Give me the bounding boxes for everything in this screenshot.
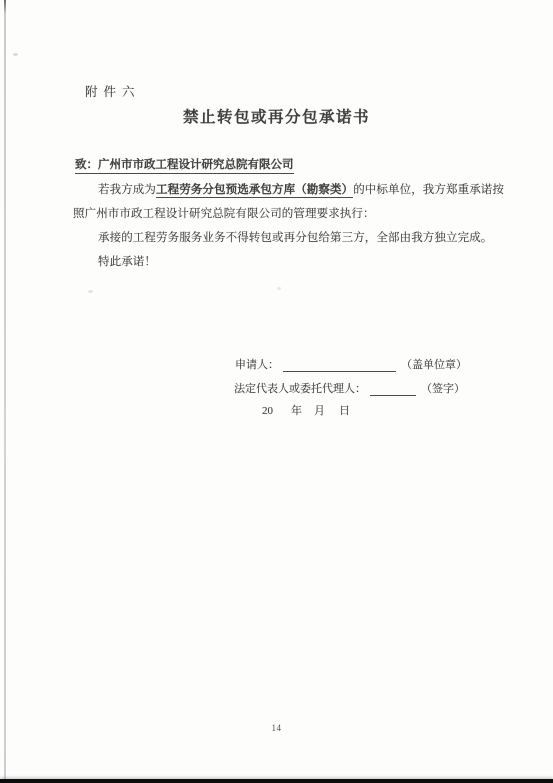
scan-bottom-bar <box>0 779 553 783</box>
applicant-row: 申请人：（盖单位章） <box>235 356 467 372</box>
date-row: 20年月日 <box>262 402 350 418</box>
legal-rep-signature-field <box>370 383 416 396</box>
document-page: 附件六 禁止转包或再分包承诺书 致：广州市市政工程设计研究总院有限公司 若我方成… <box>0 0 553 783</box>
body-line-1-post: 的中标单位，我方郑重承诺按 <box>353 184 504 196</box>
body-line-1: 若我方成为工程劳务分包预选承包方库（勘察类）的中标单位，我方郑重承诺按 <box>75 181 504 197</box>
applicant-seal-note: （盖单位章） <box>401 359 467 371</box>
date-month-label: 月 <box>314 405 325 417</box>
page-number: 14 <box>0 723 553 733</box>
date-day-label: 日 <box>339 405 350 417</box>
attachment-label: 附件六 <box>85 82 141 100</box>
applicant-label: 申请人： <box>235 359 279 371</box>
scan-speck <box>88 290 93 293</box>
recipient-line: 致：广州市市政工程设计研究总院有限公司 <box>75 156 294 172</box>
body-line-1-pre: 若我方成为 <box>98 184 156 196</box>
legal-rep-row: 法定代表人或委托代理人：（签字） <box>234 380 465 396</box>
body-line-4: 特此承诺！ <box>98 253 156 269</box>
body-line-2: 照广州市市政工程设计研究总院有限公司的管理要求执行： <box>73 205 375 221</box>
date-year-prefix: 20 <box>262 405 273 417</box>
legal-rep-label: 法定代表人或委托代理人： <box>234 383 366 395</box>
applicant-name-field <box>283 359 396 372</box>
scan-speck <box>13 53 18 56</box>
document-title: 禁止转包或再分包承诺书 <box>0 105 553 127</box>
recipient-text: 致：广州市市政工程设计研究总院有限公司 <box>75 159 294 174</box>
date-year-label: 年 <box>291 405 302 417</box>
body-line-1-emphasis: 工程劳务分包预选承包方库（勘察类） <box>156 184 353 198</box>
scan-speck <box>277 287 281 290</box>
body-line-3: 承接的工程劳务服务业务不得转包或再分包给第三方，全部由我方独立完成。 <box>98 229 492 245</box>
legal-rep-sign-note: （签字） <box>421 383 465 395</box>
